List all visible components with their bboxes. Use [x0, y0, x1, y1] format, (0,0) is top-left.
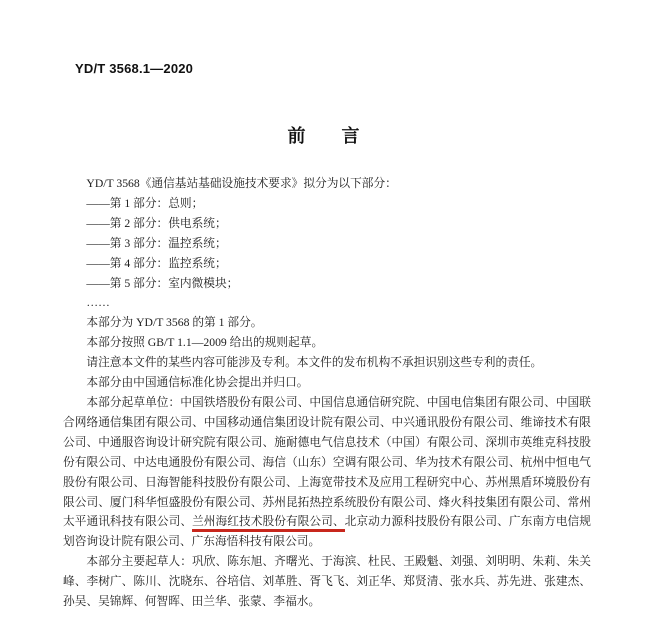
body-paragraph: 本部分为 YD/T 3568 的第 1 部分。: [63, 313, 591, 333]
drafting-units-paragraph: 本部分起草单位：中国铁塔股份有限公司、中国信息通信研究院、中国电信集团有限公司、…: [63, 393, 591, 552]
part-list-item: ——第 2 部分：供电系统；: [63, 214, 591, 234]
drafting-units-text-before: 本部分起草单位：中国铁塔股份有限公司、中国信息通信研究院、中国电信集团有限公司、…: [63, 396, 591, 528]
ellipsis-line: ……: [63, 293, 591, 313]
body-paragraph: 本部分按照 GB/T 1.1—2009 给出的规则起草。: [63, 333, 591, 353]
page-title: 前 言: [0, 122, 647, 148]
body-paragraph: 请注意本文件的某些内容可能涉及专利。本文件的发布机构不承担识别这些专利的责任。: [63, 353, 591, 373]
body-paragraph: 本部分由中国通信标准化协会提出并归口。: [63, 373, 591, 393]
highlighted-company-red-underline: 兰州海红技术股份有限公司、: [192, 515, 345, 532]
part-list-item: ——第 1 部分：总则；: [63, 194, 591, 214]
part-list-item: ——第 5 部分：室内微模块；: [63, 274, 591, 294]
part-list-item: ——第 3 部分：温控系统；: [63, 234, 591, 254]
standard-code: YD/T 3568.1—2020: [75, 61, 193, 76]
drafters-paragraph: 本部分主要起草人：巩欣、陈东旭、齐曙光、于海滨、杜民、王殿魁、刘强、刘明明、朱莉…: [63, 552, 591, 612]
part-list-item: ——第 4 部分：监控系统；: [63, 254, 591, 274]
document-page: YD/T 3568.1—2020 前 言 YD/T 3568《通信基站基础设施技…: [0, 0, 647, 629]
intro-paragraph: YD/T 3568《通信基站基础设施技术要求》拟分为以下部分：: [63, 174, 591, 194]
document-body: YD/T 3568《通信基站基础设施技术要求》拟分为以下部分： ——第 1 部分…: [63, 174, 591, 612]
